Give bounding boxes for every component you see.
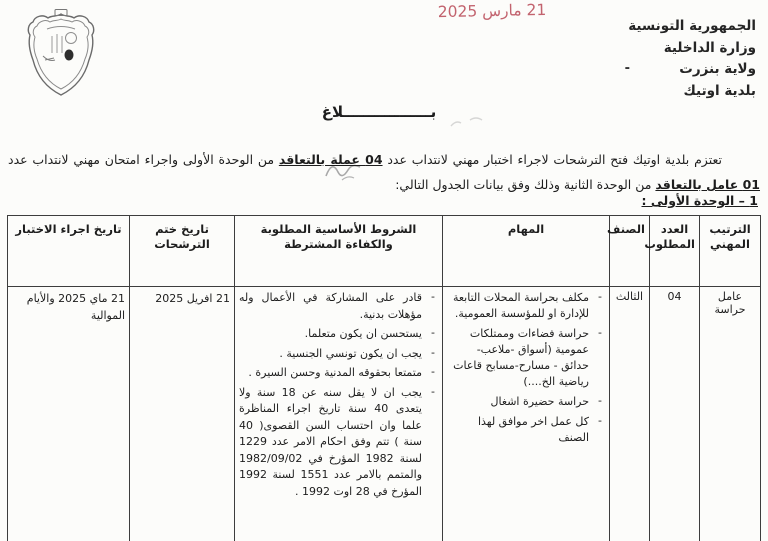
list-dash: - — [428, 346, 438, 363]
faint-mark-icon — [448, 112, 488, 134]
task-item: -كل عمل اخر موافق لهذا الصنف — [447, 414, 605, 446]
list-dash: - — [595, 290, 605, 322]
intro-text-3: من الوحدة الثانية وذلك وفق بيانات الجدول… — [395, 177, 655, 192]
cell-grade: الثالث — [610, 287, 650, 541]
letterhead-dash: - — [625, 61, 630, 76]
letterhead-governorate: ولاية بنزرت — [628, 59, 756, 81]
condition-item: -قادر على المشاركة في الأعمال وله مؤهلات… — [239, 290, 438, 323]
recruitment-table: الترتيب المهني العدد المطلوب الصنف المها… — [7, 215, 761, 541]
condition-text: قادر على المشاركة في الأعمال وله مؤهلات … — [239, 290, 422, 323]
letterhead-republic: الجمهورية التونسية — [628, 16, 756, 38]
task-text: كل عمل اخر موافق لهذا الصنف — [447, 414, 589, 446]
task-item: -حراسة حضيرة اشغال — [447, 394, 605, 410]
intro-highlight-workers: 04 عملة بالتعاقد — [279, 152, 383, 167]
page-title: بـــــــــــــــــلاغ — [284, 103, 474, 121]
coat-of-arms-icon — [22, 8, 100, 100]
list-dash: - — [595, 414, 605, 446]
condition-item: -يجب ان يكون تونسي الجنسية . — [239, 346, 438, 363]
intro-highlight-worker: 01 عامل بالتعاقد — [655, 177, 760, 192]
col-header-conditions: الشروط الأساسية المطلوبة والكفاءة المشتر… — [235, 216, 443, 287]
cell-tasks: -مكلف بحراسة المحلات التابعة للإدارة او … — [443, 287, 610, 541]
list-dash: - — [428, 365, 438, 382]
condition-text: يجب ان يكون تونسي الجنسية . — [239, 346, 422, 363]
cell-rank: عامل حراسة — [700, 287, 761, 541]
condition-item: -يجب ان لا يقل سنه عن 18 سنة ولا يتعدى 4… — [239, 385, 438, 501]
letterhead-municipality: بلدية اوتيك — [628, 81, 756, 103]
condition-text: يستحسن ان يكون متعلما. — [239, 326, 422, 343]
task-item: -مكلف بحراسة المحلات التابعة للإدارة او … — [447, 290, 605, 322]
condition-text: متمتعا بحقوقه المدنية وحسن السيرة . — [239, 365, 422, 382]
table-header-row: الترتيب المهني العدد المطلوب الصنف المها… — [8, 216, 761, 287]
task-text: حراسة حضيرة اشغال — [447, 394, 589, 410]
col-header-count: العدد المطلوب — [650, 216, 700, 287]
cell-exam-date: 21 ماي 2025 والأيام الموالية — [8, 287, 130, 541]
letterhead-ministry: وزارة الداخلية — [628, 38, 756, 60]
col-header-exam-date: تاريخ اجراء الاختبار — [8, 216, 130, 287]
col-header-tasks: المهام — [443, 216, 610, 287]
cell-count: 04 — [650, 287, 700, 541]
list-dash: - — [595, 326, 605, 390]
condition-item: -متمتعا بحقوقه المدنية وحسن السيرة . — [239, 365, 438, 382]
condition-text: يجب ان لا يقل سنه عن 18 سنة ولا يتعدى 40… — [239, 385, 422, 501]
cell-closing-date: 21 افريل 2025 — [130, 287, 235, 541]
col-header-rank: الترتيب المهني — [700, 216, 761, 287]
task-text: مكلف بحراسة المحلات التابعة للإدارة او ل… — [447, 290, 589, 322]
list-dash: - — [595, 394, 605, 410]
letterhead: الجمهورية التونسية وزارة الداخلية ولاية … — [628, 16, 756, 102]
condition-item: -يستحسن ان يكون متعلما. — [239, 326, 438, 343]
col-header-closing-date: تاريخ ختم الترشحات — [130, 216, 235, 287]
date-stamp: 21 مارس 2025 — [412, 0, 572, 21]
intro-text-1: تعتزم بلدية اوتيك فتح الترشحات لاجراء اخ… — [383, 152, 722, 167]
list-dash: - — [428, 326, 438, 343]
list-dash: - — [428, 385, 438, 501]
cell-conditions: -قادر على المشاركة في الأعمال وله مؤهلات… — [235, 287, 443, 541]
task-text: حراسة فضاءات وممتلكات عمومية (أسواق -ملا… — [447, 326, 589, 390]
section-heading-unit-one: 1 – الوحدة الأولى : — [642, 193, 759, 208]
list-dash: - — [428, 290, 438, 323]
intro-text-2: من الوحدة الأولى واجراء امتحان مهني لانت… — [8, 152, 279, 167]
scanned-announcement-page: الجمهورية التونسية وزارة الداخلية ولاية … — [0, 0, 768, 541]
task-item: -حراسة فضاءات وممتلكات عمومية (أسواق -مل… — [447, 326, 605, 390]
table-row: عامل حراسة 04 الثالث -مكلف بحراسة المحلا… — [8, 287, 761, 541]
intro-paragraph: تعتزم بلدية اوتيك فتح الترشحات لاجراء اخ… — [8, 147, 760, 197]
